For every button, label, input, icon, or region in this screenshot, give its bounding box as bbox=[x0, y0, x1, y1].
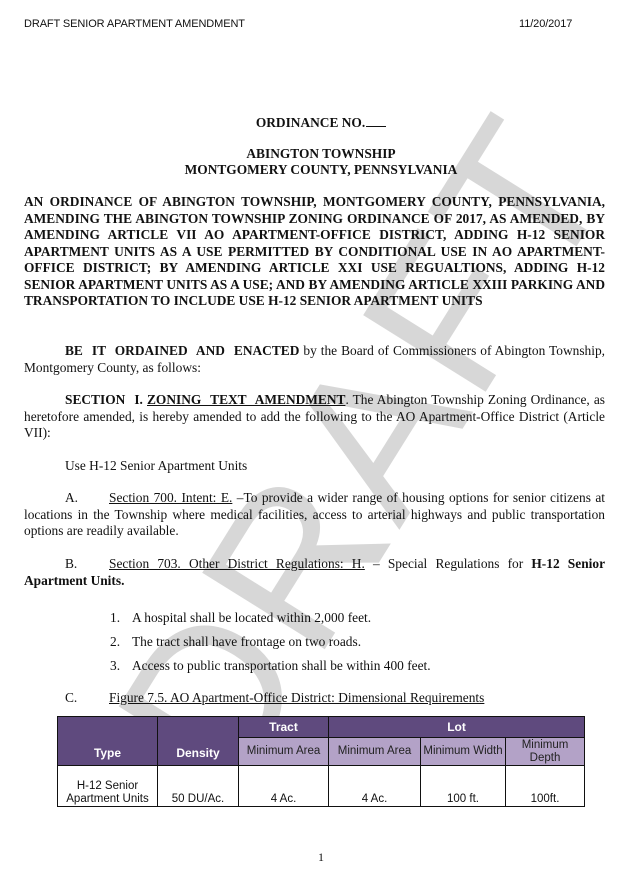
list-item-number: 2. bbox=[110, 634, 132, 650]
dimensional-requirements-table: Type Density Tract Lot Minimum Area Mini… bbox=[57, 716, 585, 807]
township-heading: ABINGTON TOWNSHIP MONTGOMERY COUNTY, PEN… bbox=[0, 146, 642, 178]
list-item-number: 1. bbox=[110, 610, 132, 626]
item-b: B.Section 703. Other District Regulation… bbox=[24, 556, 605, 589]
cell-lot-min-depth: 100ft. bbox=[506, 766, 585, 807]
list-item-number: 3. bbox=[110, 658, 132, 674]
item-c: C.Figure 7.5. AO Apartment-Office Distri… bbox=[65, 690, 484, 706]
document-page: DRAFT SENIOR APARTMENT AMENDMENT 11/20/2… bbox=[0, 0, 642, 890]
item-b-text: – Special Regulations for bbox=[365, 556, 532, 571]
column-header-type: Type bbox=[58, 717, 158, 766]
item-b-label: B. bbox=[65, 556, 109, 573]
column-header-tract-min-area: Minimum Area bbox=[239, 738, 329, 766]
group-header-tract: Tract bbox=[239, 717, 329, 738]
use-line: Use H-12 Senior Apartment Units bbox=[65, 458, 247, 474]
column-header-lot-min-depth: Minimum Depth bbox=[506, 738, 585, 766]
list-item: 1.A hospital shall be located within 2,0… bbox=[110, 610, 371, 626]
column-header-lot-min-width: Minimum Width bbox=[421, 738, 506, 766]
running-header-title: DRAFT SENIOR APARTMENT AMENDMENT bbox=[24, 18, 245, 30]
group-header-lot: Lot bbox=[329, 717, 585, 738]
cell-tract-min-area: 4 Ac. bbox=[239, 766, 329, 807]
enacting-clause: BE IT ORDAINED AND ENACTED by the Board … bbox=[24, 343, 605, 376]
cell-type: H-12 Senior Apartment Units bbox=[58, 766, 158, 807]
cell-lot-min-area: 4 Ac. bbox=[329, 766, 421, 807]
table-row: H-12 Senior Apartment Units 50 DU/Ac. 4 … bbox=[58, 766, 585, 807]
section-1-heading: ZONING TEXT AMENDMENT bbox=[147, 392, 345, 407]
list-item: 3.Access to public transportation shall … bbox=[110, 658, 431, 674]
item-a-label: A. bbox=[65, 490, 109, 507]
cell-lot-min-width: 100 ft. bbox=[421, 766, 506, 807]
column-header-density: Density bbox=[158, 717, 239, 766]
ordinance-number-blank bbox=[366, 114, 386, 127]
item-c-label: C. bbox=[65, 690, 109, 706]
ordinance-title: AN ORDINANCE OF ABINGTON TOWNSHIP, MONTG… bbox=[24, 194, 605, 310]
running-header-date: 11/20/2017 bbox=[519, 18, 572, 30]
section-1: SECTION I. ZONING TEXT AMENDMENT. The Ab… bbox=[24, 392, 605, 442]
township-name: ABINGTON TOWNSHIP bbox=[0, 146, 642, 162]
item-a-heading: Section 700. Intent: E. bbox=[109, 490, 232, 505]
ordinance-number: ORDINANCE NO. bbox=[0, 114, 642, 131]
enacting-clause-bold: BE IT ORDAINED AND ENACTED bbox=[65, 343, 299, 358]
section-1-label: SECTION I. bbox=[65, 392, 143, 407]
list-item: 2.The tract shall have frontage on two r… bbox=[110, 634, 361, 650]
list-item-text: A hospital shall be located within 2,000… bbox=[132, 610, 371, 625]
list-item-text: Access to public transportation shall be… bbox=[132, 658, 431, 673]
ordinance-number-label: ORDINANCE NO. bbox=[256, 115, 365, 130]
list-item-text: The tract shall have frontage on two roa… bbox=[132, 634, 361, 649]
item-a: A.Section 700. Intent: E. –To provide a … bbox=[24, 490, 605, 540]
column-header-lot-min-area: Minimum Area bbox=[329, 738, 421, 766]
county-state: MONTGOMERY COUNTY, PENNSYLVANIA bbox=[0, 162, 642, 178]
item-b-heading: Section 703. Other District Regulations:… bbox=[109, 556, 365, 571]
cell-density: 50 DU/Ac. bbox=[158, 766, 239, 807]
figure-caption: Figure 7.5. AO Apartment-Office District… bbox=[109, 690, 484, 705]
page-number: 1 bbox=[0, 850, 642, 865]
